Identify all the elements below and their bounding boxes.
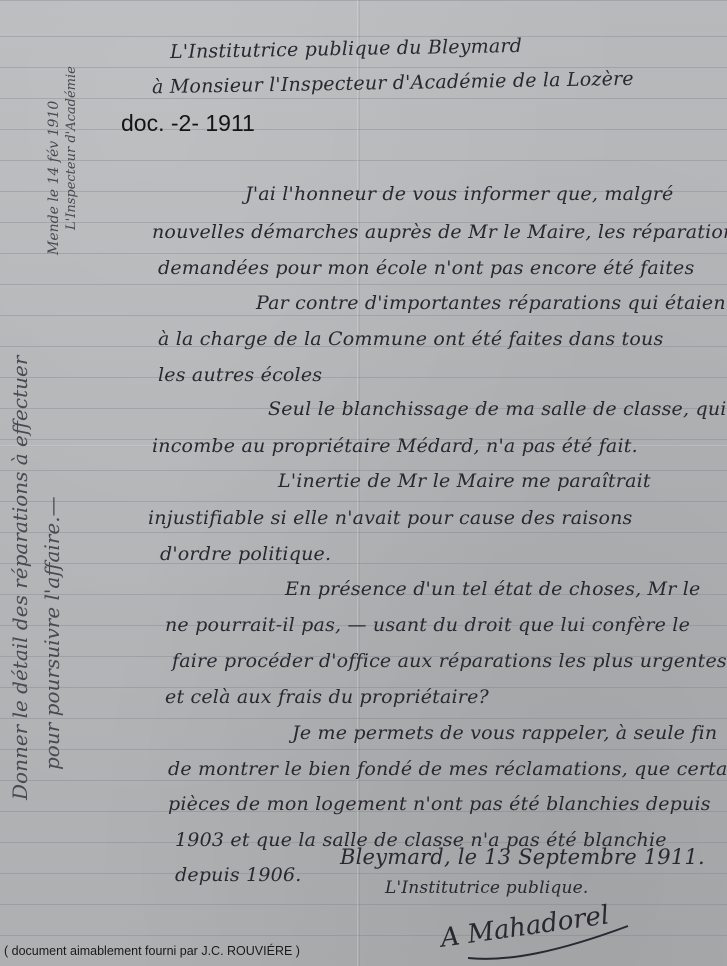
margin-note-line-2: pour poursuivre l'affaire.— bbox=[40, 496, 64, 770]
body-line-11: d'ordre politique. bbox=[160, 543, 331, 565]
document-label: doc. -2- 1911 bbox=[121, 110, 255, 137]
margin-note-date: Mende le 14 fév 1910 bbox=[46, 101, 62, 255]
body-line-9: L'inertie de Mr le Maire me paraîtrait bbox=[278, 470, 651, 492]
body-line-15: et celà aux frais du propriétaire? bbox=[165, 686, 489, 708]
body-line-16: Je me permets de vous rappeler, à seule … bbox=[292, 722, 717, 744]
body-line-5: à la charge de la Commune ont été faites… bbox=[158, 328, 663, 350]
body-line-10: injustifiable si elle n'avait pour cause… bbox=[148, 507, 632, 529]
body-line-2: nouvelles démarches auprès de Mr le Mair… bbox=[152, 221, 727, 243]
margin-note-inspector: L'Inspecteur d'Académie bbox=[64, 66, 79, 230]
body-line-7: Seul le blanchissage de ma salle de clas… bbox=[268, 398, 727, 420]
credit-line: ( document aimablement fourni par J.C. R… bbox=[4, 944, 300, 958]
body-line-4: Par contre d'importantes réparations qui… bbox=[256, 292, 727, 314]
body-line-3: demandées pour mon école n'ont pas encor… bbox=[158, 257, 694, 279]
body-line-13: ne pourrait-il pas, — usant du droit que… bbox=[165, 614, 690, 636]
margin-note-line-1: Donner le détail des réparations à effec… bbox=[8, 356, 32, 800]
body-line-12: En présence d'un tel état de choses, Mr … bbox=[285, 578, 700, 600]
body-line-14: faire procéder d'office aux réparations … bbox=[172, 650, 727, 672]
place-date: Bleymard, le 13 Septembre 1911. bbox=[340, 845, 705, 869]
body-line-17: de montrer le bien fondé de mes réclamat… bbox=[168, 758, 727, 780]
body-line-8: incombe au propriétaire Médard, n'a pas … bbox=[152, 435, 638, 457]
body-line-6: les autres écoles bbox=[158, 364, 322, 386]
signature-flourish-icon bbox=[468, 922, 638, 962]
body-line-20: depuis 1906. bbox=[175, 864, 301, 886]
closing-title: L'Institutrice publique. bbox=[385, 878, 588, 898]
body-line-18: pièces de mon logement n'ont pas été bla… bbox=[168, 793, 711, 815]
scanned-letter-page: Donner le détail des réparations à effec… bbox=[0, 0, 727, 966]
body-line-1: J'ai l'honneur de vous informer que, mal… bbox=[245, 183, 673, 205]
